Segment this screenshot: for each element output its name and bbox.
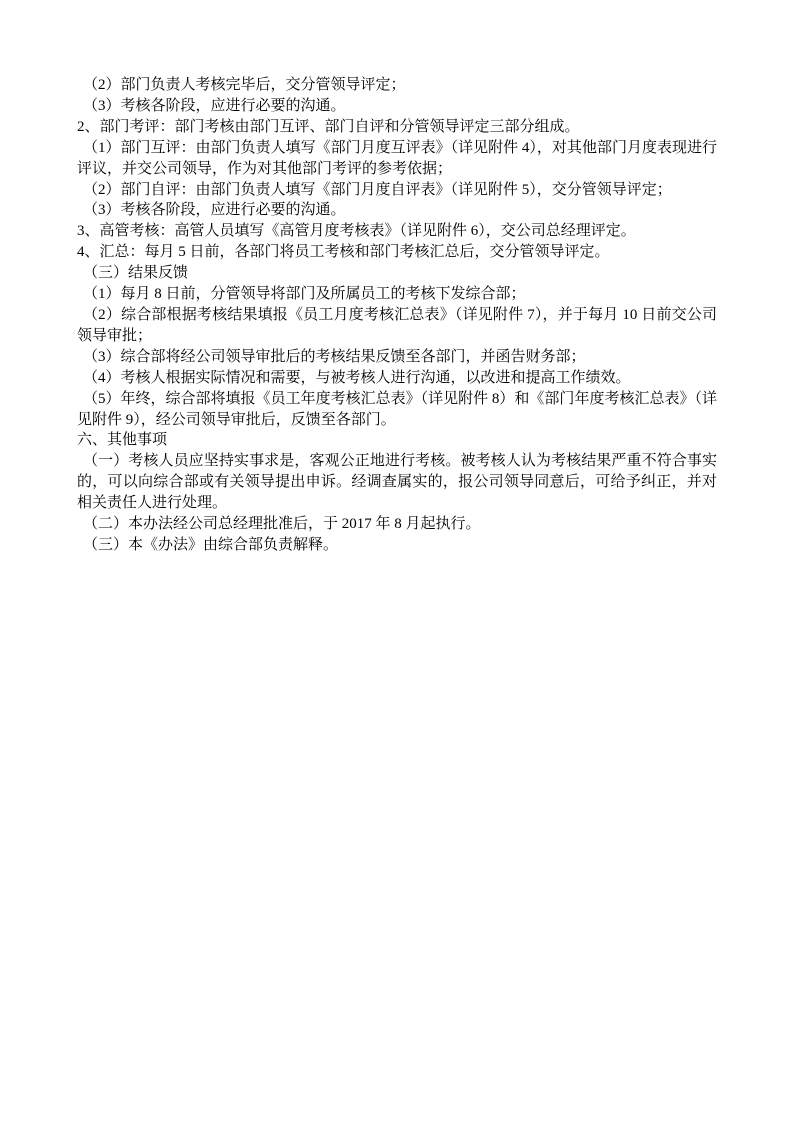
document-page: （2）部门负责人考核完毕后，交分管领导评定； （3）考核各阶段，应进行必要的沟通…	[77, 75, 717, 556]
paragraph: （2）综合部根据考核结果填报《员工月度考核汇总表》（详见附件 7），并于每月 1…	[77, 305, 717, 347]
paragraph: （4）考核人根据实际情况和需要，与被考核人进行沟通，以改进和提高工作绩效。	[77, 368, 717, 389]
section-heading: 3、高管考核：高管人员填写《高管月度考核表》（详见附件 6），交公司总经理评定。	[77, 221, 717, 242]
paragraph: （3）综合部将经公司领导审批后的考核结果反馈至各部门，并函告财务部；	[77, 347, 717, 368]
paragraph: （1）部门互评：由部门负责人填写《部门月度互评表》（详见附件 4），对其他部门月…	[77, 138, 717, 180]
paragraph: （二）本办法经公司总经理批准后，于 2017 年 8 月起执行。	[77, 514, 717, 535]
paragraph: （5）年终，综合部将填报《员工年度考核汇总表》（详见附件 8）和《部门年度考核汇…	[77, 389, 717, 431]
section-heading: 2、部门考评：部门考核由部门互评、部门自评和分管领导评定三部分组成。	[77, 117, 717, 138]
paragraph: （2）部门负责人考核完毕后，交分管领导评定；	[77, 75, 717, 96]
section-heading: 4、汇总：每月 5 日前，各部门将员工考核和部门考核汇总后，交分管领导评定。	[77, 242, 717, 263]
paragraph: （三）本《办法》由综合部负责解释。	[77, 535, 717, 556]
paragraph: （2）部门自评：由部门负责人填写《部门月度自评表》（详见附件 5），交分管领导评…	[77, 180, 717, 201]
subsection-heading: （三）结果反馈	[77, 263, 717, 284]
paragraph: （3）考核各阶段，应进行必要的沟通。	[77, 200, 717, 221]
paragraph: （3）考核各阶段，应进行必要的沟通。	[77, 96, 717, 117]
chapter-heading: 六、其他事项	[77, 430, 717, 451]
paragraph: （1）每月 8 日前，分管领导将部门及所属员工的考核下发综合部；	[77, 284, 717, 305]
paragraph: （一）考核人员应坚持实事求是，客观公正地进行考核。被考核人认为考核结果严重不符合…	[77, 451, 717, 514]
